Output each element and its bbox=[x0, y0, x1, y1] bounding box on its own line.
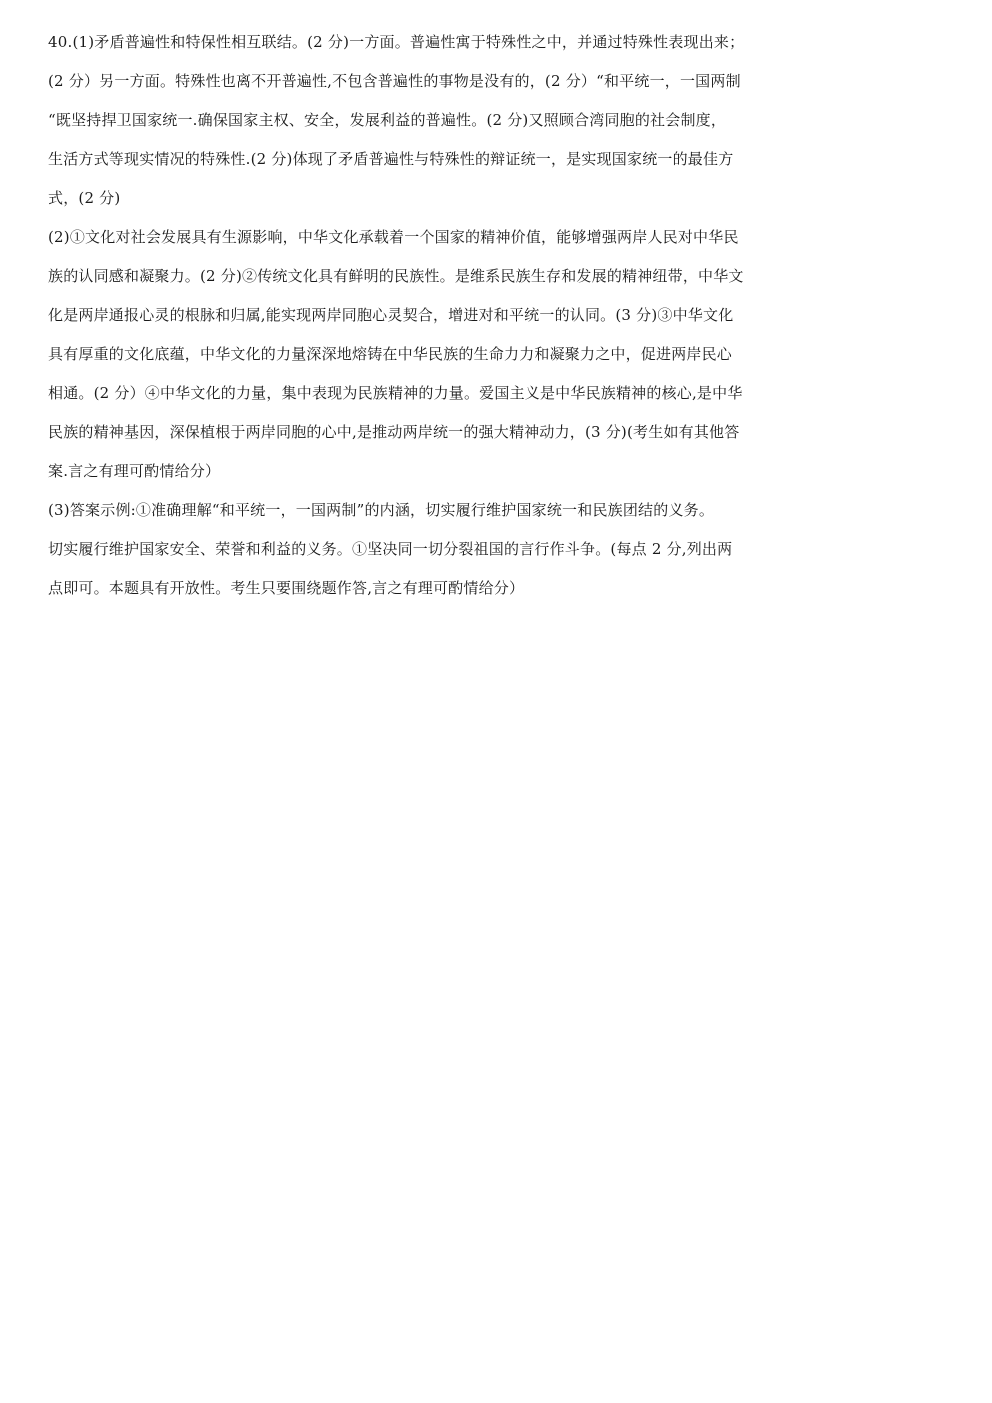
answer-part-3: (3)答案示例:①准确理解“和平统一，一国两制”的内涵，切实履行维护国家统一和民… bbox=[48, 498, 848, 615]
text-line: 相通。(2 分）④中华文化的力量，集中表现为民族精神的力量。爱国主义是中华民族精… bbox=[48, 381, 848, 420]
text-line: 式，(2 分) bbox=[48, 186, 848, 225]
text-line: (2 分）另一方面。特殊性也离不开普遍性,不包含普遍性的事物是没有的，(2 分）… bbox=[48, 69, 848, 108]
text-line: 具有厚重的文化底蕴，中华文化的力量深深地熔铸在中华民族的生命力力和凝聚力之中，促… bbox=[48, 342, 848, 381]
answer-document: 40.(1)矛盾普遍性和特保性相互联结。(2 分)一方面。普遍性寓于特殊性之中，… bbox=[48, 30, 848, 615]
text-line: 案.言之有理可酌情给分） bbox=[48, 459, 848, 498]
text-line: 族的认同感和凝聚力。(2 分)②传统文化具有鲜明的民族性。是维系民族生存和发展的… bbox=[48, 264, 848, 303]
text-line: (2)①文化对社会发展具有生源影响，中华文化承载着一个国家的精神价值，能够增强两… bbox=[48, 225, 848, 264]
text-line: “既坚持捍卫国家统一.确保国家主权、安全，发展利益的普遍性。(2 分)又照顾合湾… bbox=[48, 108, 848, 147]
text-line: 40.(1)矛盾普遍性和特保性相互联结。(2 分)一方面。普遍性寓于特殊性之中，… bbox=[48, 30, 848, 69]
text-line: 切实履行维护国家安全、荣誉和利益的义务。①坚决同一切分裂祖国的言行作斗争。(每点… bbox=[48, 537, 848, 576]
text-line: 点即可。本题具有开放性。考生只要围绕题作答,言之有理可酌情给分） bbox=[48, 576, 848, 615]
answer-part-2: (2)①文化对社会发展具有生源影响，中华文化承载着一个国家的精神价值，能够增强两… bbox=[48, 225, 848, 498]
text-line: 民族的精神基因，深保植根于两岸同胞的心中,是推动两岸统一的强大精神动力，(3 分… bbox=[48, 420, 848, 459]
text-line: 化是两岸通报心灵的根脉和归属,能实现两岸同胞心灵契合，增进对和平统一的认同。(3… bbox=[48, 303, 848, 342]
text-line: (3)答案示例:①准确理解“和平统一，一国两制”的内涵，切实履行维护国家统一和民… bbox=[48, 498, 848, 537]
text-line: 生活方式等现实情况的特殊性.(2 分)体现了矛盾普遍性与特殊性的辩证统一，是实现… bbox=[48, 147, 848, 186]
answer-part-1: 40.(1)矛盾普遍性和特保性相互联结。(2 分)一方面。普遍性寓于特殊性之中，… bbox=[48, 30, 848, 225]
